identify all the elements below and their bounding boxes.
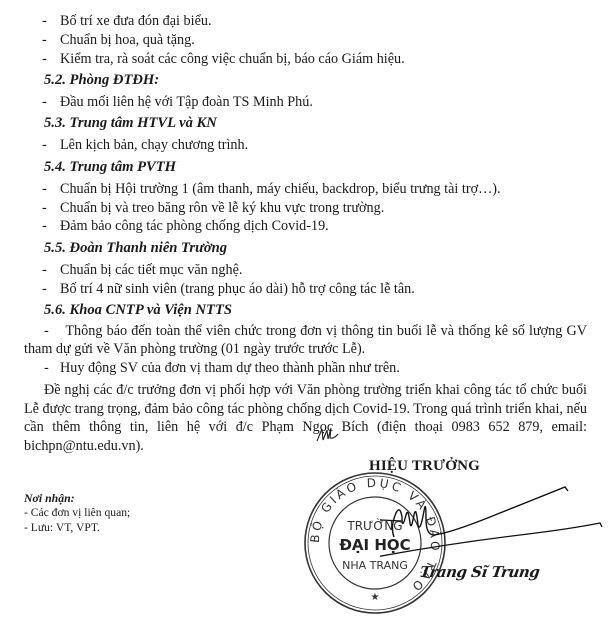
section-heading: 5.3. Trung tâm HTVL và KN: [44, 114, 217, 132]
section-heading: 5.4. Trung tâm PVTH: [44, 158, 176, 176]
section-heading: 5.5. Đoàn Thanh niên Trường: [44, 239, 227, 257]
list-item-text: Thông báo đến toàn thể viên chức trong đ…: [24, 323, 587, 357]
bullet-marker: -: [42, 261, 47, 279]
list-item: Chuẩn bị hoa, quà tặng.: [60, 31, 195, 49]
bullet-marker: -: [42, 50, 47, 68]
list-item: Chuẩn bị các tiết mục văn nghệ.: [60, 261, 242, 279]
bullet-marker: -: [42, 217, 47, 235]
bullet-marker: -: [42, 199, 47, 217]
bullet-marker: -: [42, 31, 47, 49]
section-heading: 5.6. Khoa CNTP và Viện NTTS: [44, 301, 232, 319]
list-item: Kiểm tra, rà soát các công việc chuẩn bị…: [60, 50, 405, 68]
document-page: - Bố trí xe đưa đón đại biểu. - Chuẩn bị…: [0, 0, 611, 638]
list-item: Đảm bảo công tác phòng chống dịch Covid-…: [60, 217, 329, 235]
bullet-marker: -: [42, 180, 47, 198]
list-item: Bố trí xe đưa đón đại biểu.: [60, 12, 212, 30]
list-item: Đầu mối liên hệ với Tập đoàn TS Minh Phú…: [60, 93, 313, 111]
list-item: Lên kịch bản, chạy chương trình.: [60, 136, 248, 154]
bullet-marker: -: [42, 12, 47, 30]
stamp-star: ★: [371, 592, 380, 603]
bullet-marker: -: [42, 280, 47, 298]
closing-paragraph: Đề nghị các đ/c trưởng đơn vị phối hợp v…: [24, 381, 587, 455]
initials-mark: [314, 424, 340, 444]
bullet-marker: -: [42, 136, 47, 154]
bullet-marker: -: [44, 359, 49, 377]
recipients-title: Nơi nhận:: [24, 491, 75, 506]
bullet-marker: -: [42, 93, 47, 111]
section-heading: 5.2. Phòng ĐTĐH:: [44, 71, 159, 89]
list-item: Huy động SV của đơn vị tham dự theo thàn…: [60, 359, 400, 377]
signer-name: Trang Sĩ Trung: [419, 563, 541, 581]
list-item: Chuẩn bị Hội trường 1 (âm thanh, máy chi…: [60, 180, 501, 198]
list-item: Bố trí 4 nữ sinh viên (trang phục áo dài…: [60, 280, 415, 298]
recipient-item: - Lưu: VT, VPT.: [24, 521, 100, 535]
bullet-marker: -: [44, 323, 49, 339]
list-item-paragraph: - Thông báo đến toàn thể viên chức trong…: [24, 322, 587, 358]
list-item: Chuẩn bị và treo băng rôn về lễ ký khu v…: [60, 199, 384, 217]
recipient-item: - Các đơn vị liên quan;: [24, 506, 130, 520]
